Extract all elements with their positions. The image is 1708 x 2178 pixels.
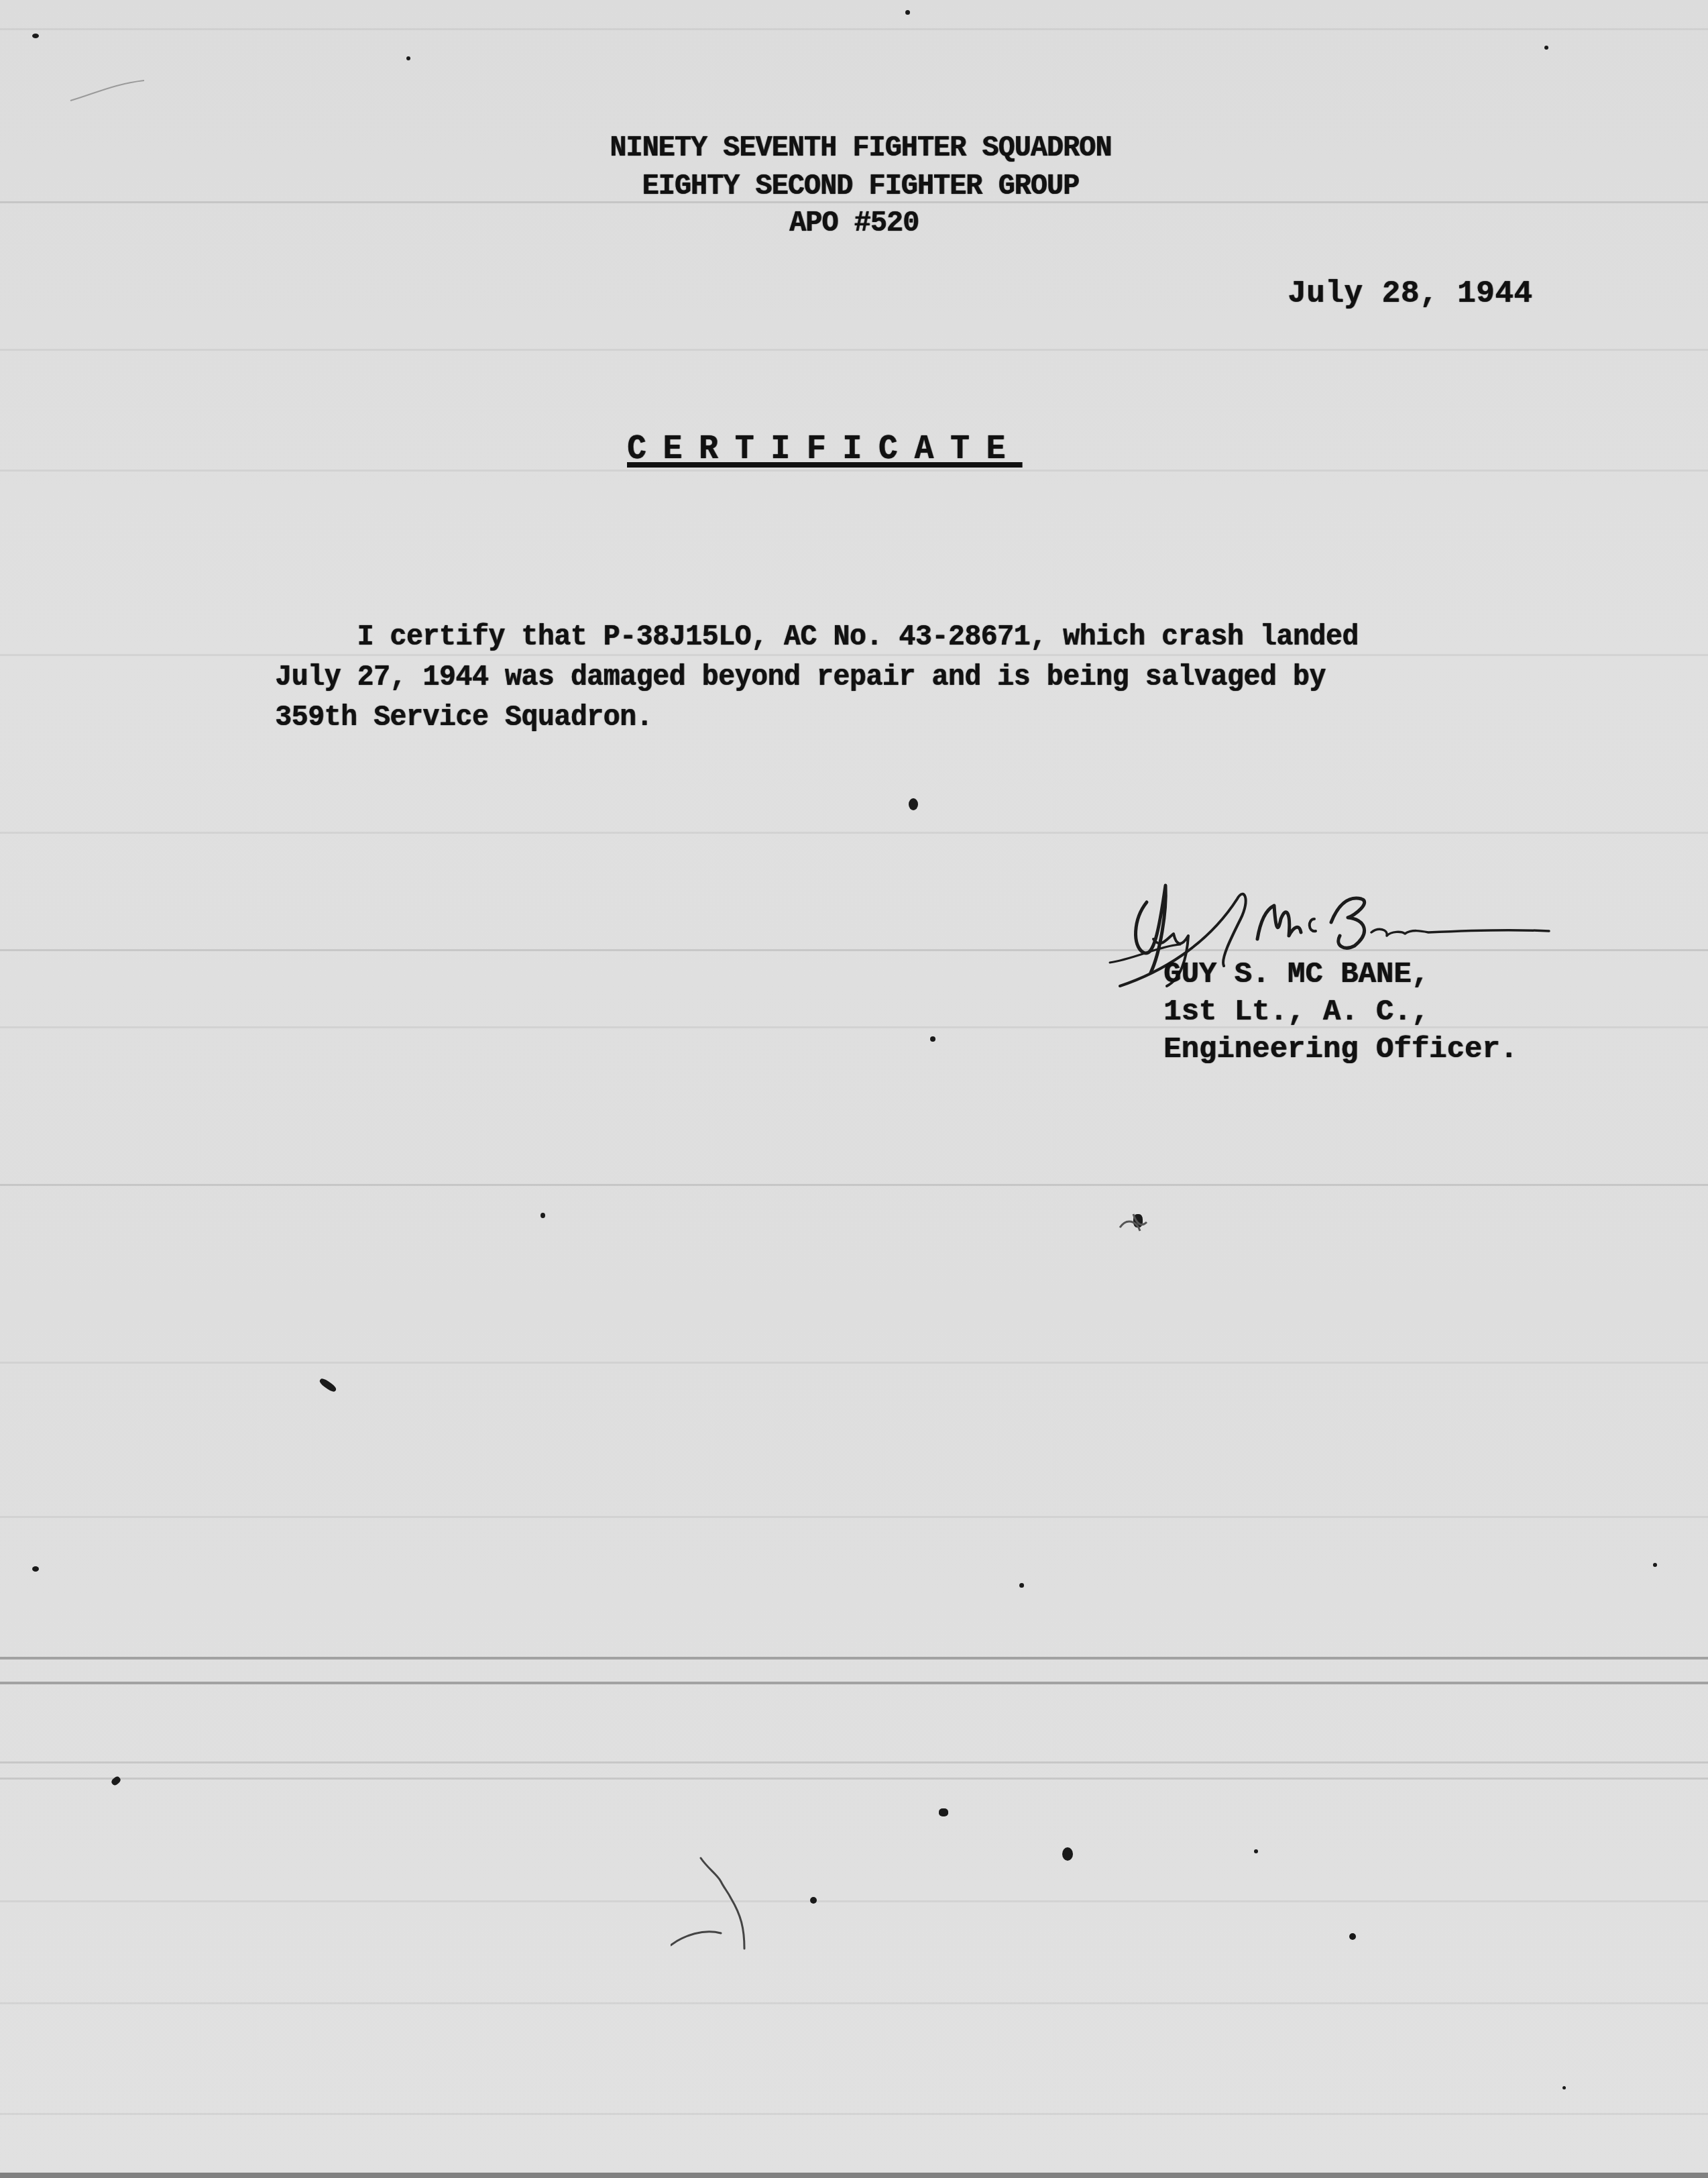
dust-speck xyxy=(909,798,918,810)
scan-line xyxy=(0,1184,1708,1186)
document-date: July 28, 1944 xyxy=(1288,276,1532,311)
dust-speck xyxy=(1062,1847,1073,1861)
scan-line xyxy=(0,1778,1708,1780)
scan-line xyxy=(0,349,1708,351)
signer-rank: 1st Lt., A. C., xyxy=(1163,995,1429,1029)
letterhead-squadron: NINETY SEVENTH FIGHTER SQUADRON xyxy=(43,131,1672,165)
dust-speck xyxy=(930,1036,935,1042)
signature-block: GUY S. MC BANE, 1st Lt., A. C., Engineer… xyxy=(1163,956,1518,1069)
scan-line xyxy=(0,832,1708,834)
dust-speck xyxy=(32,1566,39,1572)
scan-line xyxy=(0,1657,1708,1659)
dust-speck xyxy=(32,34,39,38)
dust-speck xyxy=(540,1213,545,1218)
dust-speck xyxy=(1544,46,1548,50)
scan-line xyxy=(0,28,1708,30)
scan-line xyxy=(0,1682,1708,1684)
dust-speck xyxy=(1349,1933,1356,1940)
body-line-1: I certify that P-38J15LO, AC No. 43-2867… xyxy=(275,620,1359,654)
fiber-mark-icon xyxy=(67,74,148,107)
dust-speck xyxy=(1019,1583,1024,1588)
certificate-body: I certify that P-38J15LO, AC No. 43-2867… xyxy=(275,617,1359,738)
dust-speck xyxy=(1653,1563,1657,1567)
scan-line xyxy=(0,1516,1708,1518)
dust-speck xyxy=(905,10,910,15)
scan-line xyxy=(0,1362,1708,1364)
dust-speck xyxy=(939,1808,948,1816)
dust-speck xyxy=(319,1377,338,1393)
fiber-mark-icon xyxy=(1113,1207,1153,1241)
scan-line xyxy=(0,2002,1708,2004)
dust-speck xyxy=(1254,1849,1258,1853)
signer-position: Engineering Officer. xyxy=(1163,1033,1518,1067)
dust-speck xyxy=(1562,2086,1566,2089)
fiber-mark-icon xyxy=(671,1851,771,1959)
letterhead-apo: APO #520 xyxy=(43,207,1666,240)
body-line-2: July 27, 1944 was damaged beyond repair … xyxy=(275,661,1326,694)
document-title: CERTIFICATE xyxy=(627,429,1022,469)
letterhead-group: EIGHTY SECOND FIGHTER GROUP xyxy=(43,170,1672,203)
dust-speck xyxy=(810,1897,817,1904)
dust-speck xyxy=(406,56,410,60)
scan-line xyxy=(0,470,1708,472)
signer-name: GUY S. MC BANE, xyxy=(1163,958,1429,991)
scan-line xyxy=(0,2113,1708,2115)
document-page: NINETY SEVENTH FIGHTER SQUADRON EIGHTY S… xyxy=(0,0,1708,2178)
scan-line xyxy=(0,1761,1708,1763)
body-line-3: 359th Service Squadron. xyxy=(275,701,652,734)
scan-line xyxy=(0,1900,1708,1902)
